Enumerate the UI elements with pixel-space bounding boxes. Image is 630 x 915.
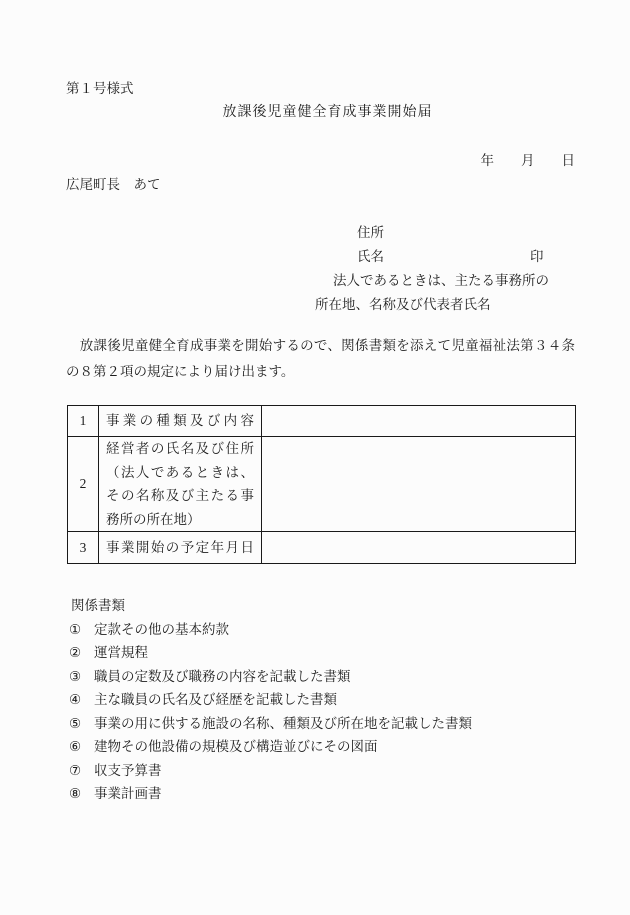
item-text: 事業の用に供する施設の名称、種類及び所在地を記載した書類 (94, 712, 472, 736)
row-number: 1 (68, 406, 99, 437)
spacer-line (66, 197, 575, 221)
form-number: 第１号様式 (66, 77, 575, 101)
item-marker: ② (69, 641, 86, 665)
document-title: 放課後児童健全育成事業開始届 (66, 101, 575, 125)
attachment-item: ② 運営規程 (66, 641, 575, 665)
document-content: 第１号様式 放課後児童健全育成事業開始届 年 月 日 広尾町長 あて 住所 氏名… (66, 77, 575, 806)
corporate-note-line1: 法人であるときは、主たる事務所の (66, 269, 575, 293)
table-row: 3 事業開始の予定年月日 (68, 532, 576, 564)
addressee: 広尾町長 あて (66, 173, 575, 197)
date-line: 年 月 日 (66, 149, 575, 173)
item-text: 建物その他設備の規模及び構造並びにその図面 (94, 735, 378, 759)
row-value-blank[interactable] (262, 532, 576, 564)
application-table: 1 事業の種類及び内容 2 経営者の氏名及び住所（法人であるときは、その名称及び… (67, 405, 576, 564)
spacer-line (66, 125, 575, 149)
document-page: 第１号様式 放課後児童健全育成事業開始届 年 月 日 広尾町長 あて 住所 氏名… (0, 0, 630, 915)
item-marker: ⑧ (69, 782, 86, 806)
row-label: 事業開始の予定年月日 (99, 532, 262, 564)
applicant-name-line: 氏名印 (66, 245, 575, 269)
item-text: 主な職員の氏名及び経歴を記載した書類 (94, 688, 337, 712)
table-row: 2 経営者の氏名及び住所（法人であるときは、その名称及び主たる事務所の所在地） (68, 437, 576, 532)
item-marker: ⑥ (69, 735, 86, 759)
item-marker: ⑤ (69, 712, 86, 736)
applicant-name-label: 氏名 (357, 249, 384, 264)
row-number: 3 (68, 532, 99, 564)
item-text: 収支予算書 (94, 759, 162, 783)
item-text: 事業計画書 (94, 782, 162, 806)
attachments-section: 関係書類 ① 定款その他の基本約款 ② 運営規程 ③ 職員の定数及び職務の内容を… (66, 594, 575, 806)
attachments-heading: 関係書類 (66, 594, 575, 618)
row-label: 事業の種類及び内容 (99, 406, 262, 437)
row-value-blank[interactable] (262, 437, 576, 532)
attachment-item: ① 定款その他の基本約款 (66, 618, 575, 642)
row-label: 経営者の氏名及び住所（法人であるときは、その名称及び主たる事務所の所在地） (99, 437, 262, 532)
row-value-blank[interactable] (262, 406, 576, 437)
item-text: 運営規程 (94, 641, 148, 665)
row-number: 2 (68, 437, 99, 532)
attachment-item: ③ 職員の定数及び職務の内容を記載した書類 (66, 665, 575, 689)
attachment-item: ⑧ 事業計画書 (66, 782, 575, 806)
item-marker: ① (69, 618, 86, 642)
seal-label: 印 (530, 245, 544, 269)
item-marker: ④ (69, 688, 86, 712)
item-marker: ⑦ (69, 759, 86, 783)
attachment-item: ⑤ 事業の用に供する施設の名称、種類及び所在地を記載した書類 (66, 712, 575, 736)
attachment-item: ⑥ 建物その他設備の規模及び構造並びにその図面 (66, 735, 575, 759)
corporate-note-line2: 所在地、名称及び代表者氏名 (66, 293, 575, 317)
table-row: 1 事業の種類及び内容 (68, 406, 576, 437)
item-marker: ③ (69, 665, 86, 689)
attachment-item: ⑦ 収支予算書 (66, 759, 575, 783)
body-paragraph: 放課後児童健全育成事業を開始するので、関係書類を添えて児童福祉法第３４条の８第２… (66, 333, 575, 385)
applicant-address-label: 住所 (66, 221, 575, 245)
item-text: 職員の定数及び職務の内容を記載した書類 (94, 665, 351, 689)
item-text: 定款その他の基本約款 (94, 618, 229, 642)
attachment-item: ④ 主な職員の氏名及び経歴を記載した書類 (66, 688, 575, 712)
